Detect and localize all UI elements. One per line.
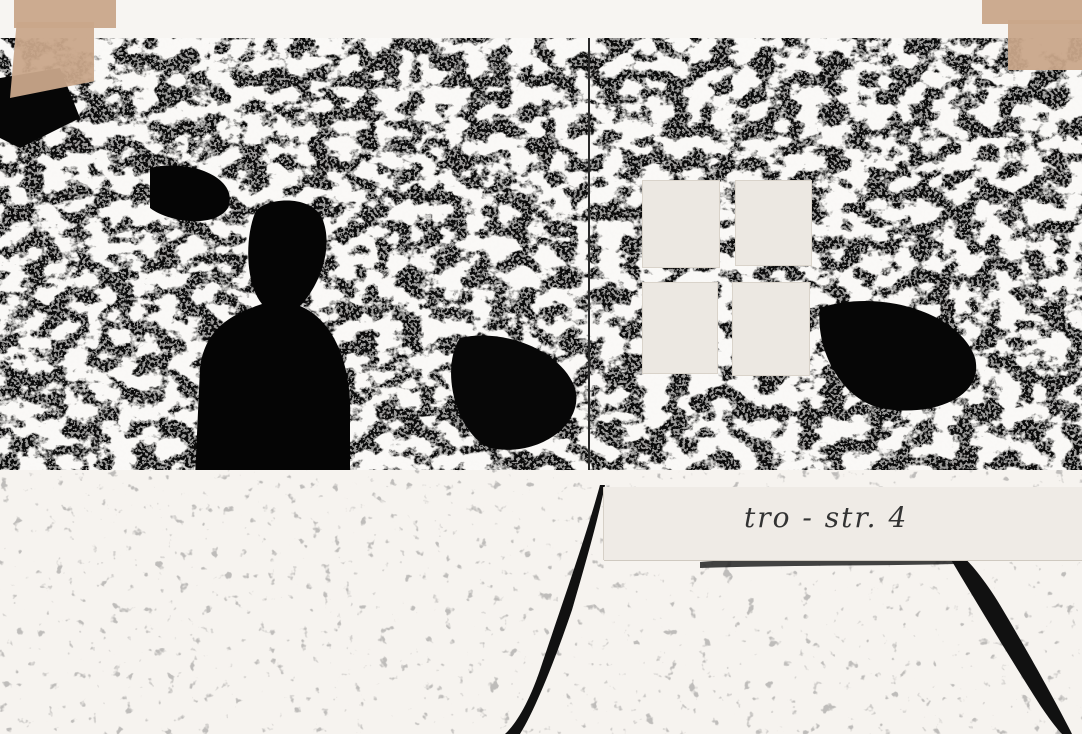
tape-top-right-lower <box>1008 20 1082 70</box>
window-pane-bottom-right <box>732 282 810 376</box>
handwritten-label: tro - str. 4 <box>744 501 908 534</box>
upper-ink-print <box>0 38 1082 478</box>
artwork-canvas: tro - str. 4 <box>0 0 1082 734</box>
handwritten-label-card: tro - str. 4 <box>604 487 1082 560</box>
window-pane-top-right <box>735 180 812 266</box>
window-pane-top-left <box>642 180 720 268</box>
ink-texture <box>0 38 1082 478</box>
window-pane-bottom-left <box>642 282 718 374</box>
window-motif <box>642 180 812 376</box>
print-seam <box>588 38 590 478</box>
